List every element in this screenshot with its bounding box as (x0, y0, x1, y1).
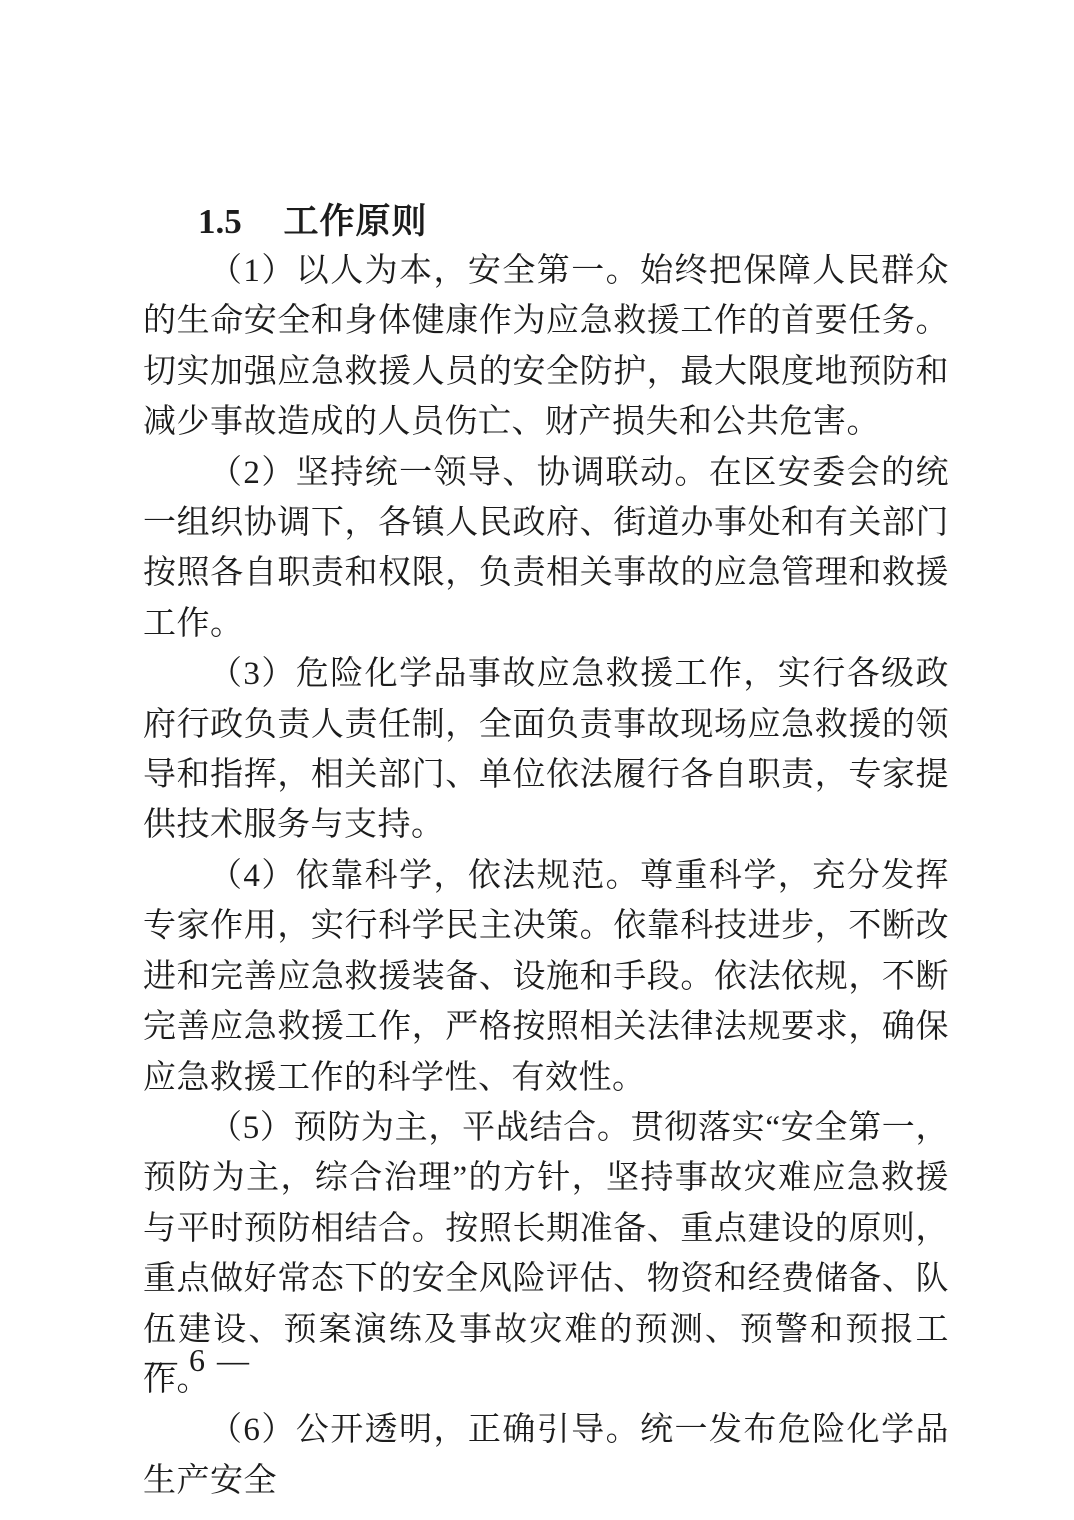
document-page: 1.5 工作原则 （1）以人为本，安全第一。始终把保障人民群众的生命安全和身体健… (0, 0, 1074, 1520)
section-heading: 1.5 工作原则 (143, 196, 949, 246)
page-number-footer: — 6 — (145, 1340, 251, 1380)
document-content: 1.5 工作原则 （1）以人为本，安全第一。始终把保障人民群众的生命安全和身体健… (143, 196, 949, 1506)
section-number: 1.5 (198, 202, 242, 241)
body-paragraph: （5）预防为主，平战结合。贯彻落实“安全第一，预防为主，综合治理”的方针，坚持事… (143, 1103, 949, 1405)
body-paragraph: （1）以人为本，安全第一。始终把保障人民群众的生命安全和身体健康作为应急救援工作… (143, 246, 949, 448)
body-paragraph: （6）公开透明，正确引导。统一发布危险化学品生产安全 (143, 1405, 949, 1506)
body-paragraph: （4）依靠科学，依法规范。尊重科学，充分发挥专家作用，实行科学民主决策。依靠科技… (143, 851, 949, 1103)
body-paragraph: （3）危险化学品事故应急救援工作，实行各级政府行政负责人责任制，全面负责事故现场… (143, 649, 949, 851)
body-paragraph: （2）坚持统一领导、协调联动。在区安委会的统一组织协调下，各镇人民政府、街道办事… (143, 448, 949, 650)
section-title: 工作原则 (284, 202, 428, 241)
